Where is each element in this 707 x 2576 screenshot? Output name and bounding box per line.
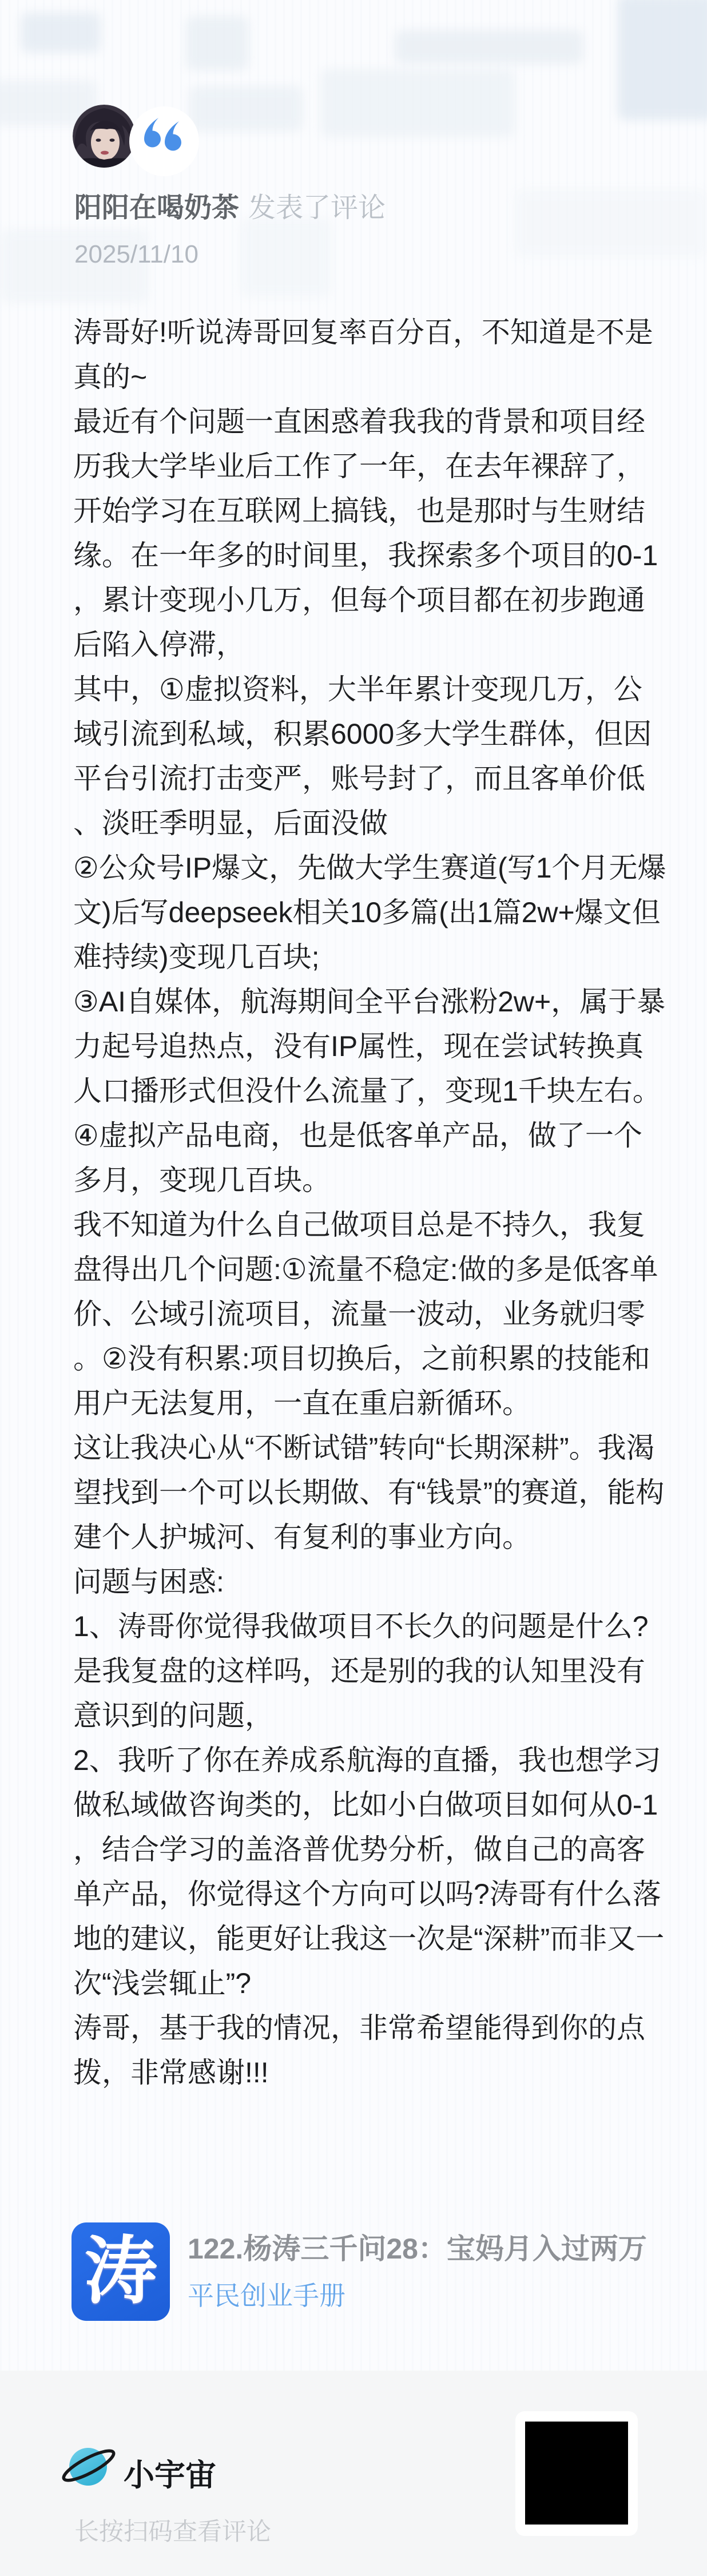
comment-paragraph: ③AI自媒体，航海期间全平台涨粉2w+，属于暴力起号追热点，没有IP属性，现在尝… (73, 979, 668, 1113)
scan-hint: 长按扫码查看评论 (74, 2513, 271, 2547)
comment-paragraph: ④虚拟产品电商，也是低客单产品，做了一个多月，变现几百块。 (73, 1113, 668, 1202)
comment-paragraph: 涛哥，基于我的情况，非常希望能得到你的点拨，非常感谢!!! (73, 2006, 668, 2095)
comment-paragraph: 这让我决心从“不断试错”转向“长期深耕”。我渴望找到一个可以长期做、有“钱景”的… (73, 1426, 668, 1559)
action-label: 发表了评论 (248, 193, 386, 223)
episode-card[interactable]: 涛 122.杨涛三千问28：宝妈月入过两万 平民创业手册 (72, 2222, 666, 2321)
comment-paragraph: 我不知道为什么自己做项目总是不持久，我复盘得出几个问题:①流量不稳定:做的多是低… (73, 1202, 668, 1426)
share-card: 阳阳在喝奶茶发表了评论 2025/11/10 涛哥好!听说涛哥回复率百分百，不知… (0, 0, 707, 2576)
podcast-cover-icon: 涛 (72, 2222, 170, 2321)
comment-date: 2025/11/10 (74, 240, 198, 269)
planet-icon (59, 2436, 119, 2495)
comment-paragraph: 1、涛哥你觉得我做项目不长久的问题是什么?是我复盘的这样吗，还是别的我的认知里没… (73, 1604, 668, 1738)
comment-paragraph: 最近有个问题一直困惑着我我的背景和项目经历我大学毕业后工作了一年，在去年裸辞了，… (73, 399, 668, 667)
podcast-name: 平民创业手册 (188, 2275, 647, 2313)
username: 阳阳在喝奶茶 (74, 193, 239, 223)
quote-icon (143, 118, 185, 158)
comment-paragraph: ②公众号IP爆文，先做大学生赛道(写1个月无爆文)后写deepseek相关10多… (73, 846, 668, 979)
comment-paragraph: 其中，①虚拟资料，大半年累计变现几万，公域引流到私域，积累6000多大学生群体，… (73, 667, 668, 846)
comment-text: 涛哥好!听说涛哥回复率百分百，不知道是不是真的~ 最近有个问题一直困惑着我我的背… (73, 310, 668, 2095)
qr-card (515, 2411, 638, 2536)
app-name: 小宇宙 (124, 2451, 216, 2495)
qr-code (525, 2422, 628, 2525)
app-brand: 小宇宙 (59, 2436, 334, 2499)
avatar (73, 105, 136, 168)
episode-title: 122.杨涛三千问28：宝妈月入过两万 (188, 2226, 647, 2267)
comment-paragraph: 涛哥好!听说涛哥回复率百分百，不知道是不是真的~ (73, 310, 668, 399)
comment-paragraph: 问题与困惑: (73, 1559, 668, 1604)
quote-bubble (129, 106, 199, 176)
comment-paragraph: 2、我听了你在养成系航海的直播，我也想学习做私域做咨询类的，比如小白做项目如何从… (73, 1738, 668, 2006)
